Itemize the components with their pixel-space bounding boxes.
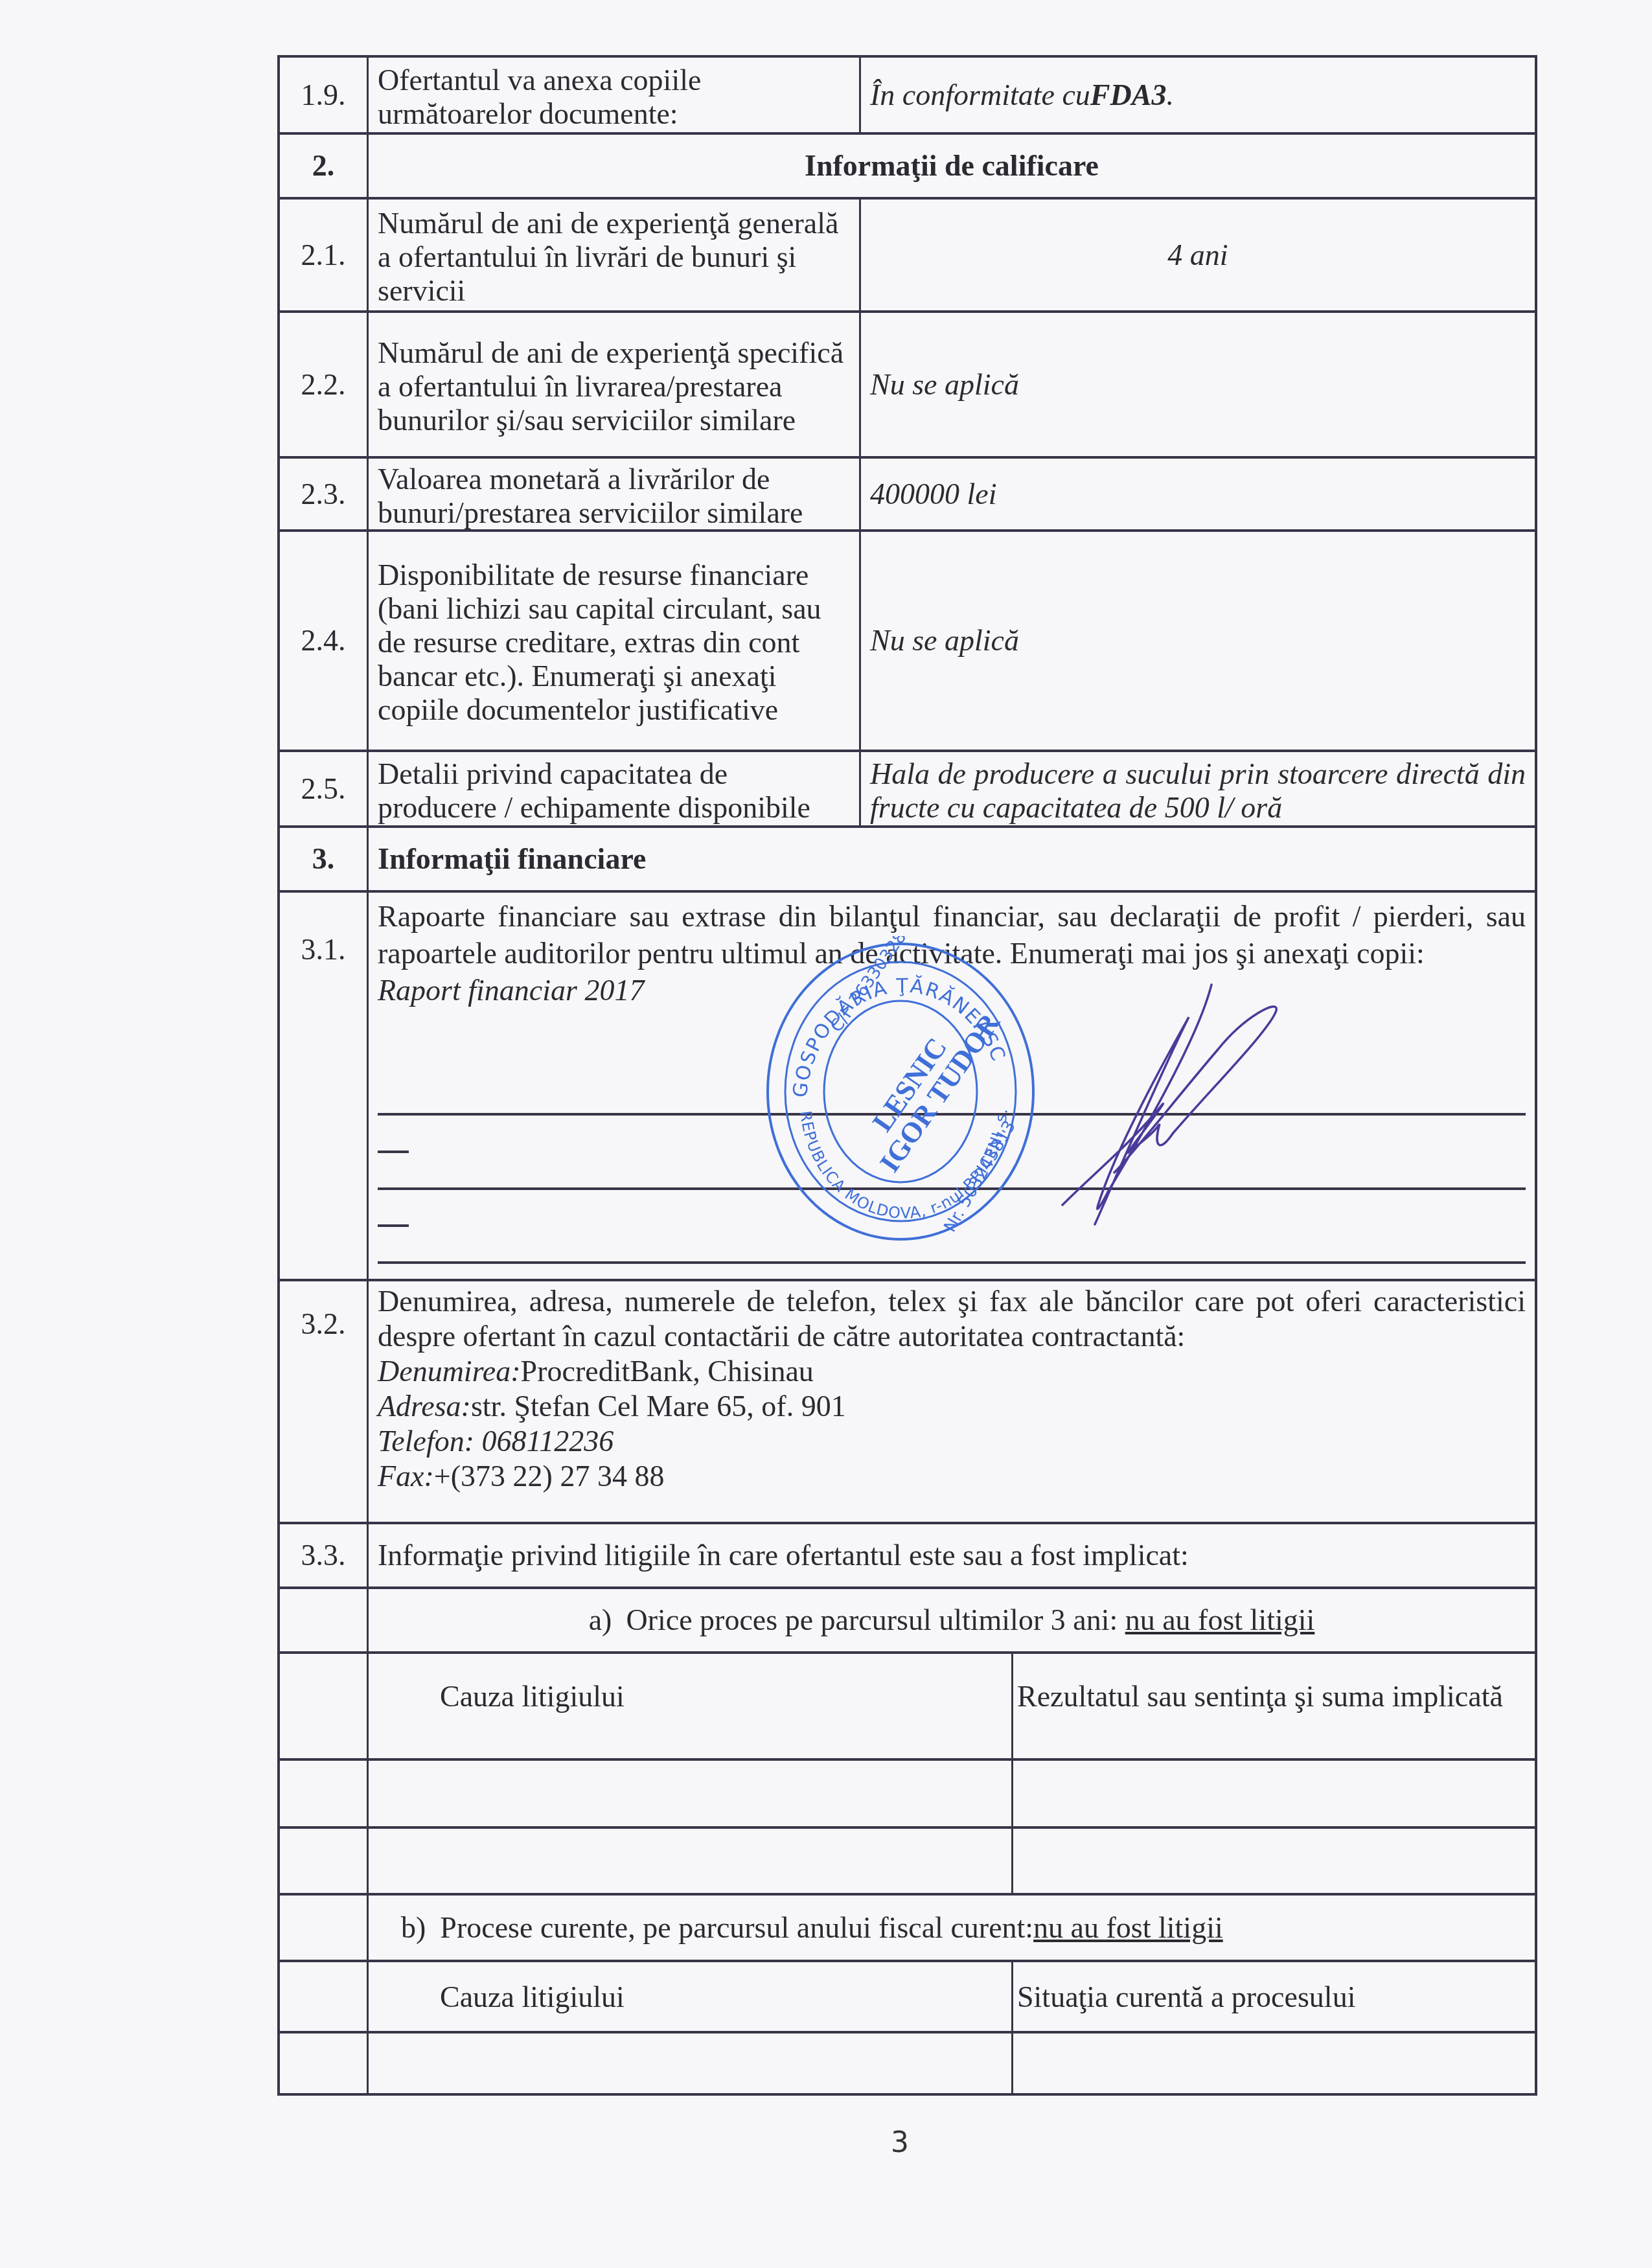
litigation-b-columns: Cauza litigiului Situaţia curentă a proc…: [280, 1960, 1535, 2031]
row-label: Disponibilitate de resurse financiare (b…: [369, 532, 861, 750]
blank-line: [378, 1113, 1526, 1116]
empty-number: [280, 1654, 369, 1758]
row-number: 2.3.: [280, 459, 369, 529]
row-number: 2.5.: [280, 752, 369, 825]
bank-name-value: ProcreditBank, Chisinau: [521, 1355, 814, 1388]
empty-number: [280, 1589, 369, 1651]
row-value: 4 ani: [861, 200, 1535, 310]
row-2-2: 2.2. Numărul de ani de experienţă specif…: [280, 310, 1535, 456]
row-label: Valoarea monetară a livrărilor de bunuri…: [369, 459, 861, 529]
row-2-4: 2.4. Disponibilitate de resurse financia…: [280, 529, 1535, 750]
list-marker: a): [589, 1603, 612, 1637]
bank-phone-label: Telefon:: [378, 1425, 482, 1458]
empty-cell: [369, 1829, 1013, 1893]
section-number: 2.: [280, 135, 369, 197]
row-3-1: 3.1. Rapoarte financiare sau extrase din…: [280, 890, 1535, 1279]
litigation-a-columns: Cauza litigiului Rezultatul sau sentinţa…: [280, 1651, 1535, 1758]
row-value: 400000 lei: [861, 459, 1535, 529]
bank-phone-value: 068112236: [482, 1425, 614, 1458]
row-label: Detalii privind capacitatea de producere…: [369, 752, 861, 825]
empty-cell: [1013, 2033, 1535, 2096]
section-3-header: 3. Informaţii financiare: [280, 825, 1535, 890]
list-marker: b): [401, 1911, 426, 1945]
column-header-result: Rezultatul sau sentinţa şi suma implicat…: [1013, 1654, 1535, 1758]
empty-number: [280, 1829, 369, 1893]
bank-address: Adresa:str. Ştefan Cel Mare 65, of. 901: [378, 1389, 1526, 1424]
litigation-b-text: b)Procese curente, pe parcursul anului f…: [369, 1896, 1535, 1960]
row-number: 3.2.: [280, 1281, 369, 1522]
column-header-status: Situaţia curentă a procesului: [1013, 1962, 1535, 2031]
row-2-3: 2.3. Valoarea monetară a livrărilor de b…: [280, 456, 1535, 529]
empty-number: [280, 1761, 369, 1826]
row-value: Hala de producere a sucului prin stoarce…: [861, 752, 1535, 825]
litigation-a-row: [280, 1826, 1535, 1893]
row-label: Numărul de ani de experienţă specifică a…: [369, 313, 861, 456]
bank-fax-label: Fax:: [378, 1460, 434, 1493]
column-header-cause: Cauza litigiului: [369, 1654, 1013, 1758]
row-value: Nu se aplică: [861, 532, 1535, 750]
bank-phone: Telefon: 068112236: [378, 1424, 1526, 1459]
litigation-b-row: [280, 2031, 1535, 2096]
row-number: 1.9.: [280, 58, 369, 132]
empty-number: [280, 1962, 369, 2031]
row-text: Informaţie privind litigiile în care ofe…: [369, 1524, 1535, 1586]
page-number: 3: [891, 2126, 909, 2159]
row-2-5: 2.5. Detalii privind capacitatea de prod…: [280, 750, 1535, 825]
bank-fax-value: +(373 22) 27 34 88: [434, 1460, 665, 1493]
bank-name: Denumirea:ProcreditBank, Chisinau: [378, 1354, 1526, 1389]
empty-cell: [1013, 1829, 1535, 1893]
litigation-a-row: [280, 1758, 1535, 1826]
section-2-header: 2. Informaţii de calificare: [280, 132, 1535, 197]
row-value: În conformitate cu FDA3.: [861, 58, 1535, 132]
row-number: 2.2.: [280, 313, 369, 456]
blank-lines: [378, 893, 1526, 1281]
row-label: Numărul de ani de experienţă generală a …: [369, 200, 861, 310]
blank-dash: [378, 1151, 409, 1153]
row-content: Rapoarte financiare sau extrase din bila…: [369, 893, 1535, 1279]
litigation-a-text: a)Orice proces pe parcursul ultimilor 3 …: [369, 1589, 1535, 1651]
value-text: În conformitate cu: [870, 78, 1090, 112]
blank-line: [378, 1187, 1526, 1190]
row-text: Denumirea, adresa, numerele de telefon, …: [378, 1284, 1526, 1354]
row-1-9: 1.9. Ofertantul va anexa copiile următoa…: [280, 58, 1535, 132]
qualification-table: 1.9. Ofertantul va anexa copiile următoa…: [277, 55, 1537, 2096]
row-2-1: 2.1. Numărul de ani de experienţă genera…: [280, 197, 1535, 310]
row-number: 2.4.: [280, 532, 369, 750]
empty-cell: [1013, 1761, 1535, 1826]
row-number: 2.1.: [280, 200, 369, 310]
bank-address-label: Adresa:: [378, 1390, 471, 1423]
column-header-cause: Cauza litigiului: [369, 1962, 1013, 2031]
litigation-a-question: Orice proces pe parcursul ultimilor 3 an…: [626, 1603, 1125, 1637]
litigation-a-header: a)Orice proces pe parcursul ultimilor 3 …: [280, 1586, 1535, 1651]
bank-fax: Fax:+(373 22) 27 34 88: [378, 1459, 1526, 1494]
empty-cell: [369, 1761, 1013, 1826]
row-number: 3.1.: [280, 893, 369, 1279]
row-number: 3.3.: [280, 1524, 369, 1586]
bank-address-value: str. Ştefan Cel Mare 65, of. 901: [471, 1390, 846, 1423]
value-bold: FDA3: [1090, 78, 1167, 112]
litigation-b-header: b)Procese curente, pe parcursul anului f…: [280, 1893, 1535, 1960]
value-suffix: .: [1166, 78, 1174, 112]
row-3-3: 3.3. Informaţie privind litigiile în car…: [280, 1522, 1535, 1586]
row-label: Ofertantul va anexa copiile următoarelor…: [369, 58, 861, 132]
section-title: Informaţii financiare: [369, 828, 1535, 890]
empty-cell: [369, 2033, 1013, 2096]
row-value: Nu se aplică: [861, 313, 1535, 456]
section-title: Informaţii de calificare: [369, 135, 1535, 197]
row-content: Denumirea, adresa, numerele de telefon, …: [369, 1281, 1535, 1522]
row-3-2: 3.2. Denumirea, adresa, numerele de tele…: [280, 1279, 1535, 1522]
bank-name-label: Denumirea:: [378, 1355, 521, 1388]
blank-dash: [378, 1224, 409, 1227]
empty-number: [280, 2033, 369, 2096]
litigation-b-question: Procese curente, pe parcursul anului fis…: [440, 1911, 1033, 1945]
document-page: 1.9. Ofertantul va anexa copiile următoa…: [0, 0, 1652, 2268]
blank-line: [378, 1261, 1526, 1264]
empty-number: [280, 1896, 369, 1960]
litigation-b-answer: nu au fost litigii: [1033, 1911, 1223, 1945]
litigation-a-answer: nu au fost litigii: [1125, 1603, 1315, 1637]
section-number: 3.: [280, 828, 369, 890]
